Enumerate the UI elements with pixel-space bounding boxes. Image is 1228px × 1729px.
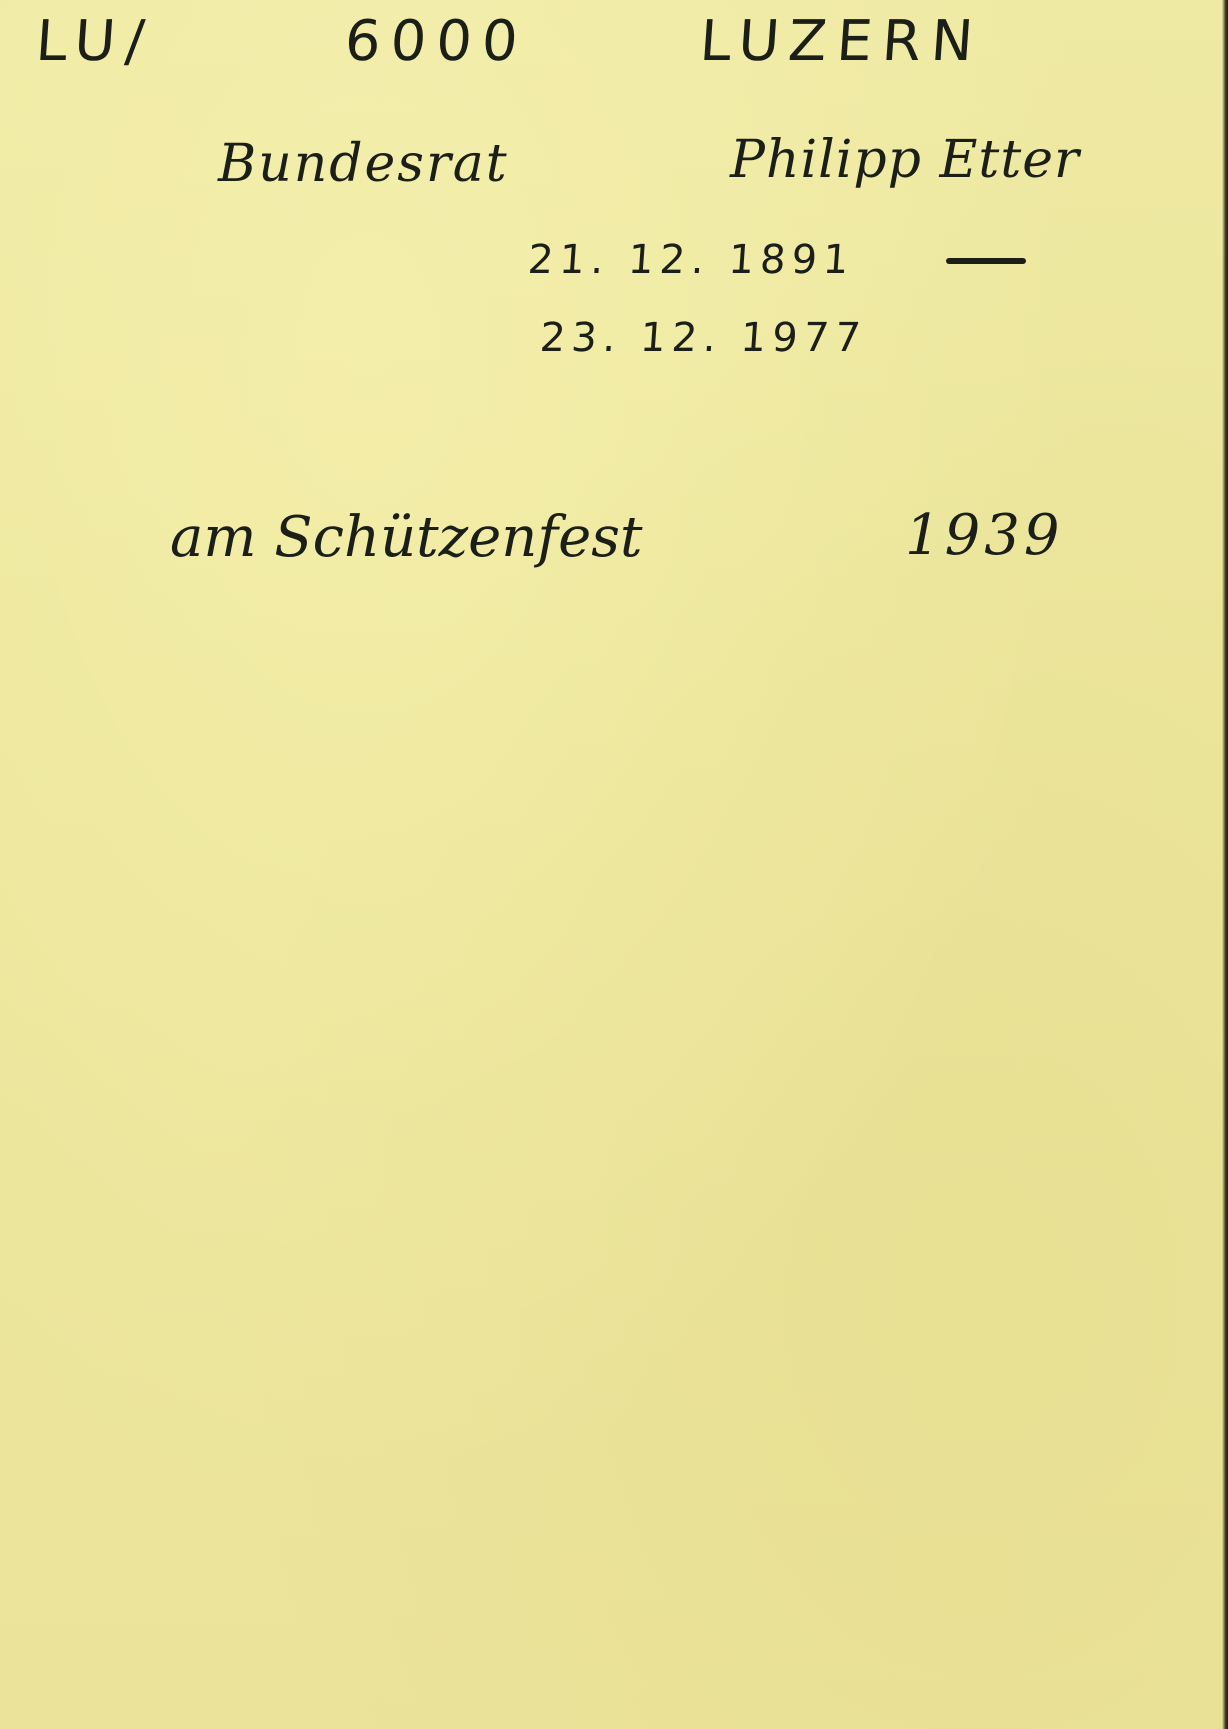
birth-date: 21. 12. 1891 — [527, 240, 856, 280]
subject-title: Bundesrat — [218, 138, 509, 190]
postal-code: 6000 — [343, 14, 529, 70]
caption-text: am Schützenfest — [170, 510, 642, 566]
location-code: LU/ — [34, 14, 156, 70]
date-range-dash — [946, 258, 1026, 264]
caption-year: 1939 — [905, 508, 1064, 564]
handwritten-card: LU/ 6000 LUZERN Bundesrat Philipp Etter … — [0, 0, 1228, 1729]
death-date: 23. 12. 1977 — [539, 318, 868, 358]
city-name: LUZERN — [698, 14, 985, 70]
scan-edge-shadow — [1222, 0, 1228, 1729]
subject-name: Philipp Etter — [730, 134, 1080, 186]
